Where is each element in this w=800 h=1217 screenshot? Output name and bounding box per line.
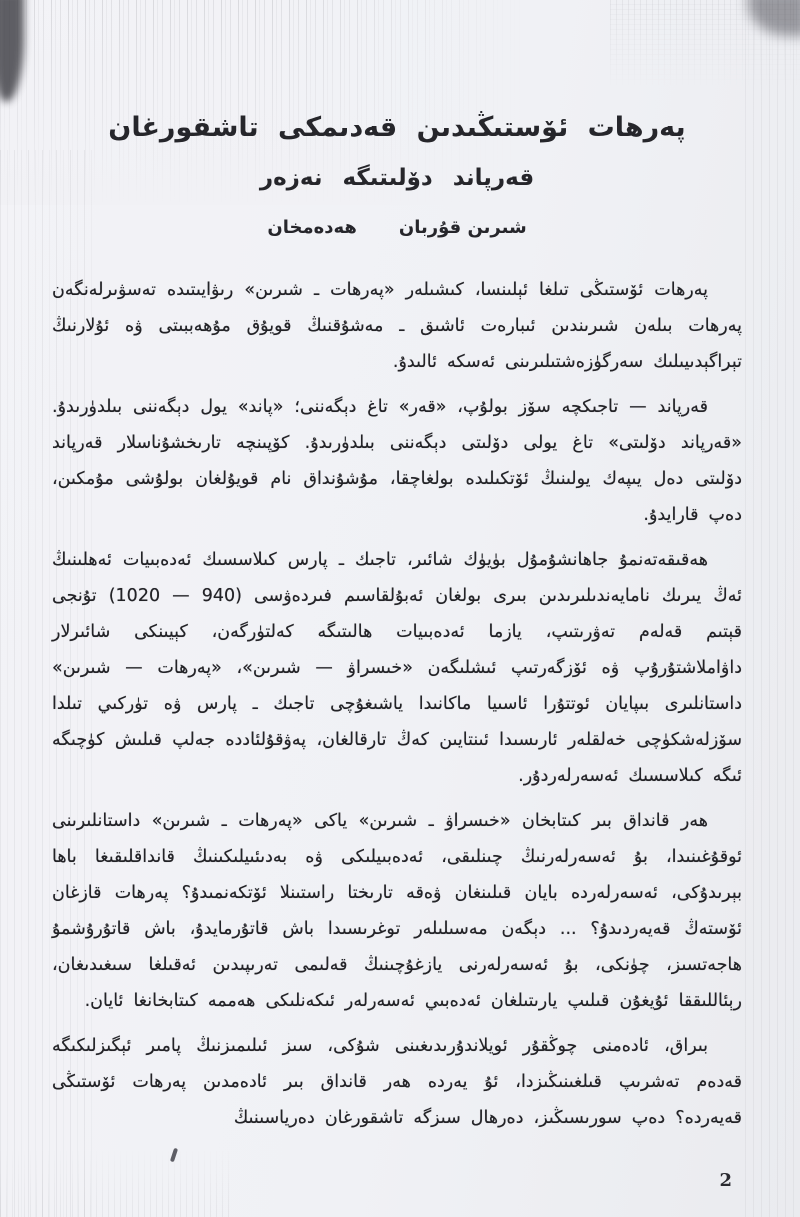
paragraph-1: پەرھات ئۆستىڭى تىلغا ئېلىنسا، كىشىلەر «پ… [52, 272, 742, 380]
article-title-block: پەرھات ئۆستىڭىدىن قەدىمكى تاشقورغان قەرپ… [52, 112, 742, 238]
scanned-document-page: پەرھات ئۆستىڭىدىن قەدىمكى تاشقورغان قەرپ… [0, 0, 800, 1217]
article-title-line-2: قەرپاند دۆلىتىگە نەزەر [52, 165, 742, 191]
author-name-1: شىرىن قۇربان [399, 217, 527, 238]
page-number: 2 [719, 1170, 732, 1191]
article-title-line-1: پەرھات ئۆستىڭىدىن قەدىمكى تاشقورغان [52, 112, 742, 143]
byline: شىرىن قۇربان ھەدەمخان [52, 217, 742, 238]
author-name-2: ھەدەمخان [267, 217, 357, 238]
page-content: پەرھات ئۆستىڭىدىن قەدىمكى تاشقورغان قەرپ… [0, 0, 800, 1217]
paragraph-4: ھەر قانداق بىر كىتابخان «خىسراۋ ـ شىرىن»… [52, 803, 742, 1019]
paragraph-3: ھەقىقەتەنمۇ جاھانشۇمۇل بۈيۈك شائىر، تاجى… [52, 542, 742, 794]
article-body: پەرھات ئۆستىڭى تىلغا ئېلىنسا، كىشىلەر «پ… [52, 272, 742, 1136]
paragraph-5: بىراق، ئادەمنى چوڭقۇر ئويلاندۇرىدىغىنى ش… [52, 1028, 742, 1136]
paragraph-2: قەرپاند — تاجىكچە سۆز بولۇپ، «قەر» تاغ د… [52, 389, 742, 533]
